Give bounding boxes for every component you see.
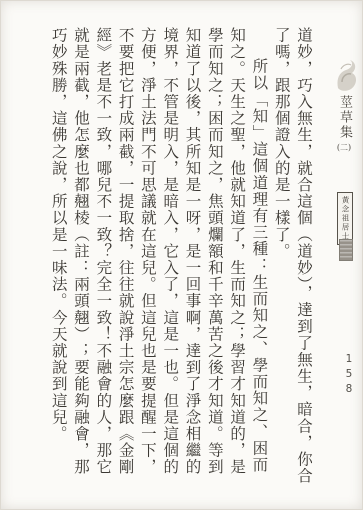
volume-label: (二) <box>337 142 351 153</box>
seal-stamp-icon <box>334 57 359 95</box>
book-title: 莖草集(二) <box>335 95 354 153</box>
page-number: 158 <box>343 353 355 398</box>
book-title-text: 莖草集 <box>337 95 352 140</box>
book-page: 道妙，巧入無生，就合這個（道妙），達到了無生，暗合，你合了嗎，跟那個證入的是一樣… <box>0 0 363 510</box>
shaded-series-label <box>339 239 353 261</box>
author-label: 黃念祖居士 <box>337 192 353 245</box>
body-paragraph-1: 道妙，巧入無生，就合這個（道妙），達到了無生，暗合，你合了嗎，跟那個證入的是一樣… <box>270 27 315 485</box>
body-paragraph-2: 所以「知」這個道理有三種：生而知之、學而知之、困而知之。天生之聖，他就知道了，生… <box>47 27 270 485</box>
body-text: 道妙，巧入無生，就合這個（道妙），達到了無生，暗合，你合了嗎，跟那個證入的是一樣… <box>47 27 315 485</box>
